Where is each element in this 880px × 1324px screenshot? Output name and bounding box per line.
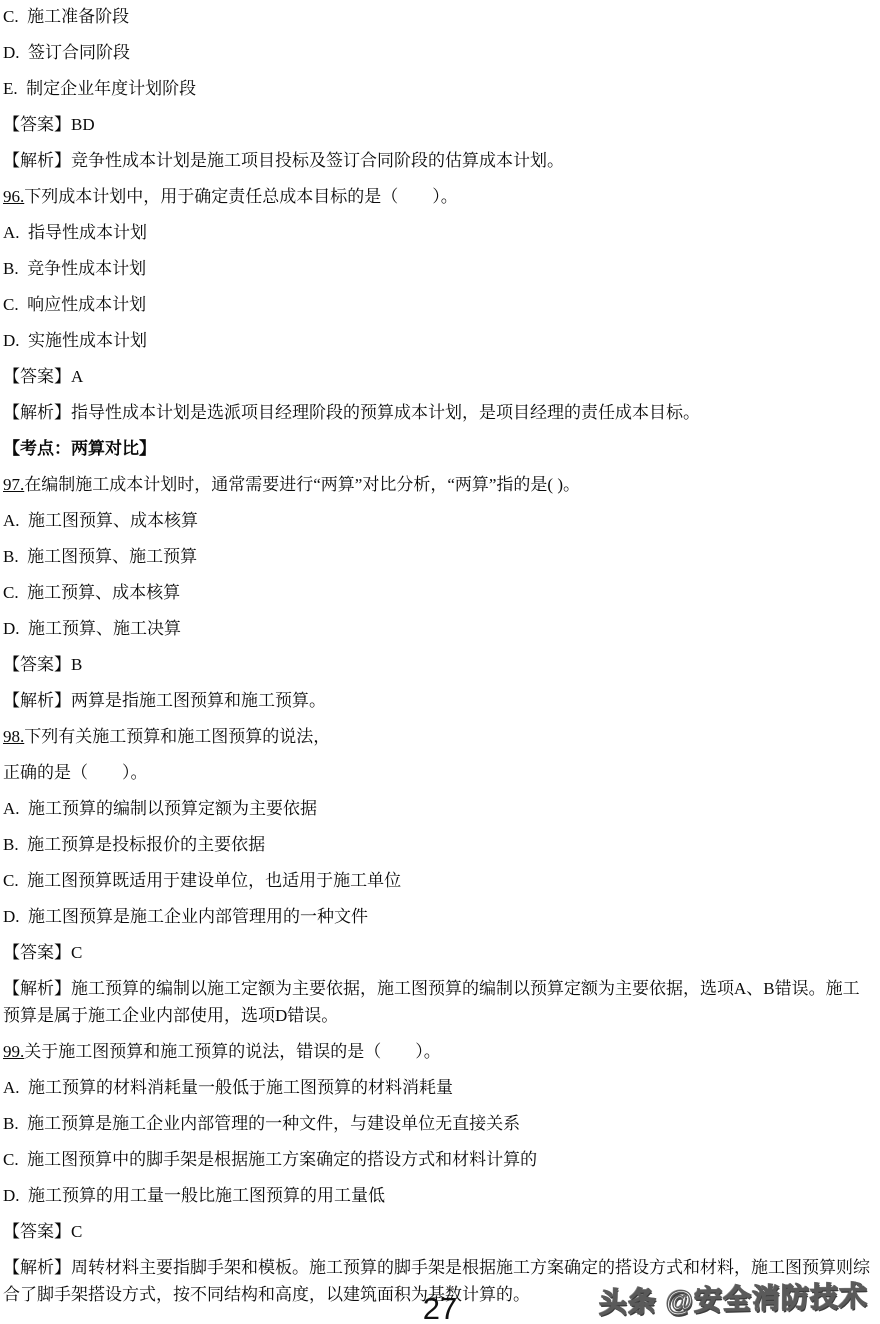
question-number: 96.: [3, 187, 24, 206]
line-text: 【考点：两算对比】: [3, 439, 156, 458]
paragraph: C. 施工图预算既适用于建设单位，也适用于施工单位: [3, 867, 875, 894]
line-text: C. 响应性成本计划: [3, 295, 146, 314]
line-text: 【答案】BD: [3, 115, 95, 134]
paragraph: A. 施工预算的编制以预算定额为主要依据: [3, 795, 875, 822]
line-text: B. 施工预算是施工企业内部管理的一种文件，与建设单位无直接关系: [3, 1114, 520, 1133]
paragraph: A. 指导性成本计划: [3, 219, 875, 246]
line-text: B. 竞争性成本计划: [3, 259, 146, 278]
line-text: 在编制施工成本计划时，通常需要进行“两算”对比分析，“两算”指的是( )。: [24, 475, 580, 494]
line-text: 【答案】C: [3, 1222, 82, 1241]
paragraph: D. 签订合同阶段: [3, 39, 875, 66]
question-paragraph: 98.下列有关施工预算和施工图预算的说法，: [3, 723, 875, 750]
paragraph: E. 制定企业年度计划阶段: [3, 75, 875, 102]
line-text: 【解析】施工预算的编制以施工定额为主要依据，施工图预算的编制以预算定额为主要依据…: [3, 979, 860, 1025]
paragraph: A. 施工预算的材料消耗量一般低于施工图预算的材料消耗量: [3, 1074, 875, 1101]
line-text: 【解析】指导性成本计划是选派项目经理阶段的预算成本计划，是项目经理的责任成本目标…: [3, 403, 700, 422]
paragraph: 【答案】C: [3, 1218, 875, 1245]
line-text: C. 施工图预算中的脚手架是根据施工方案确定的搭设方式和材料计算的: [3, 1150, 537, 1169]
question-number: 98.: [3, 727, 24, 746]
document-body: C. 施工准备阶段D. 签订合同阶段E. 制定企业年度计划阶段【答案】BD【解析…: [0, 0, 880, 1308]
line-text: B. 施工图预算、施工预算: [3, 547, 197, 566]
page-number: 27: [423, 1293, 457, 1324]
paragraph: 正确的是（ ）。: [3, 759, 875, 786]
line-text: B. 施工预算是投标报价的主要依据: [3, 835, 265, 854]
paragraph: C. 施工图预算中的脚手架是根据施工方案确定的搭设方式和材料计算的: [3, 1146, 875, 1173]
paragraph: 【解析】施工预算的编制以施工定额为主要依据，施工图预算的编制以预算定额为主要依据…: [3, 975, 875, 1029]
line-text: 【答案】B: [3, 655, 82, 674]
line-text: 下列有关施工预算和施工图预算的说法，: [24, 727, 330, 746]
line-text: A. 指导性成本计划: [3, 223, 147, 242]
paragraph: B. 施工预算是投标报价的主要依据: [3, 831, 875, 858]
line-text: A. 施工图预算、成本核算: [3, 511, 198, 530]
line-text: D. 签订合同阶段: [3, 43, 130, 62]
line-text: A. 施工预算的材料消耗量一般低于施工图预算的材料消耗量: [3, 1078, 453, 1097]
paragraph: B. 施工图预算、施工预算: [3, 543, 875, 570]
line-text: A. 施工预算的编制以预算定额为主要依据: [3, 799, 317, 818]
paragraph: 【答案】B: [3, 651, 875, 678]
paragraph: D. 施工预算、施工决算: [3, 615, 875, 642]
line-text: 【解析】两算是指施工图预算和施工预算。: [3, 691, 326, 710]
paragraph: D. 实施性成本计划: [3, 327, 875, 354]
line-text: 【答案】C: [3, 943, 82, 962]
question-paragraph: 97.在编制施工成本计划时，通常需要进行“两算”对比分析，“两算”指的是( )。: [3, 471, 875, 498]
paragraph: 【考点：两算对比】: [3, 435, 875, 462]
watermark: 头条 @安全消防技术: [599, 1282, 868, 1320]
line-text: 正确的是（ ）。: [3, 763, 148, 782]
line-text: D. 实施性成本计划: [3, 331, 147, 350]
line-text: 【解析】竞争性成本计划是施工项目投标及签订合同阶段的估算成本计划。: [3, 151, 564, 170]
line-text: D. 施工预算的用工量一般比施工图预算的用工量低: [3, 1186, 385, 1205]
paragraph: D. 施工预算的用工量一般比施工图预算的用工量低: [3, 1182, 875, 1209]
line-text: C. 施工预算、成本核算: [3, 583, 180, 602]
line-text: D. 施工预算、施工决算: [3, 619, 181, 638]
paragraph: B. 施工预算是施工企业内部管理的一种文件，与建设单位无直接关系: [3, 1110, 875, 1137]
question-number: 97.: [3, 475, 24, 494]
line-text: C. 施工图预算既适用于建设单位，也适用于施工单位: [3, 871, 401, 890]
paragraph: B. 竞争性成本计划: [3, 255, 875, 282]
paragraph: C. 响应性成本计划: [3, 291, 875, 318]
question-paragraph: 99.关于施工图预算和施工预算的说法，错误的是（ ）。: [3, 1038, 875, 1065]
line-text: 关于施工图预算和施工预算的说法，错误的是（ ）。: [24, 1042, 441, 1061]
line-text: E. 制定企业年度计划阶段: [3, 79, 196, 98]
question-number: 99.: [3, 1042, 24, 1061]
line-text: C. 施工准备阶段: [3, 7, 129, 26]
paragraph: D. 施工图预算是施工企业内部管理用的一种文件: [3, 903, 875, 930]
paragraph: C. 施工准备阶段: [3, 3, 875, 30]
line-text: 下列成本计划中，用于确定责任总成本目标的是（ ）。: [24, 187, 458, 206]
line-text: 【答案】A: [3, 367, 83, 386]
paragraph: 【解析】指导性成本计划是选派项目经理阶段的预算成本计划，是项目经理的责任成本目标…: [3, 399, 875, 426]
question-paragraph: 96.下列成本计划中，用于确定责任总成本目标的是（ ）。: [3, 183, 875, 210]
paragraph: 【答案】A: [3, 363, 875, 390]
paragraph: A. 施工图预算、成本核算: [3, 507, 875, 534]
paragraph: 【答案】BD: [3, 111, 875, 138]
paragraph: 【解析】两算是指施工图预算和施工预算。: [3, 687, 875, 714]
line-text: D. 施工图预算是施工企业内部管理用的一种文件: [3, 907, 368, 926]
paragraph: 【解析】竞争性成本计划是施工项目投标及签订合同阶段的估算成本计划。: [3, 147, 875, 174]
paragraph: C. 施工预算、成本核算: [3, 579, 875, 606]
paragraph: 【答案】C: [3, 939, 875, 966]
